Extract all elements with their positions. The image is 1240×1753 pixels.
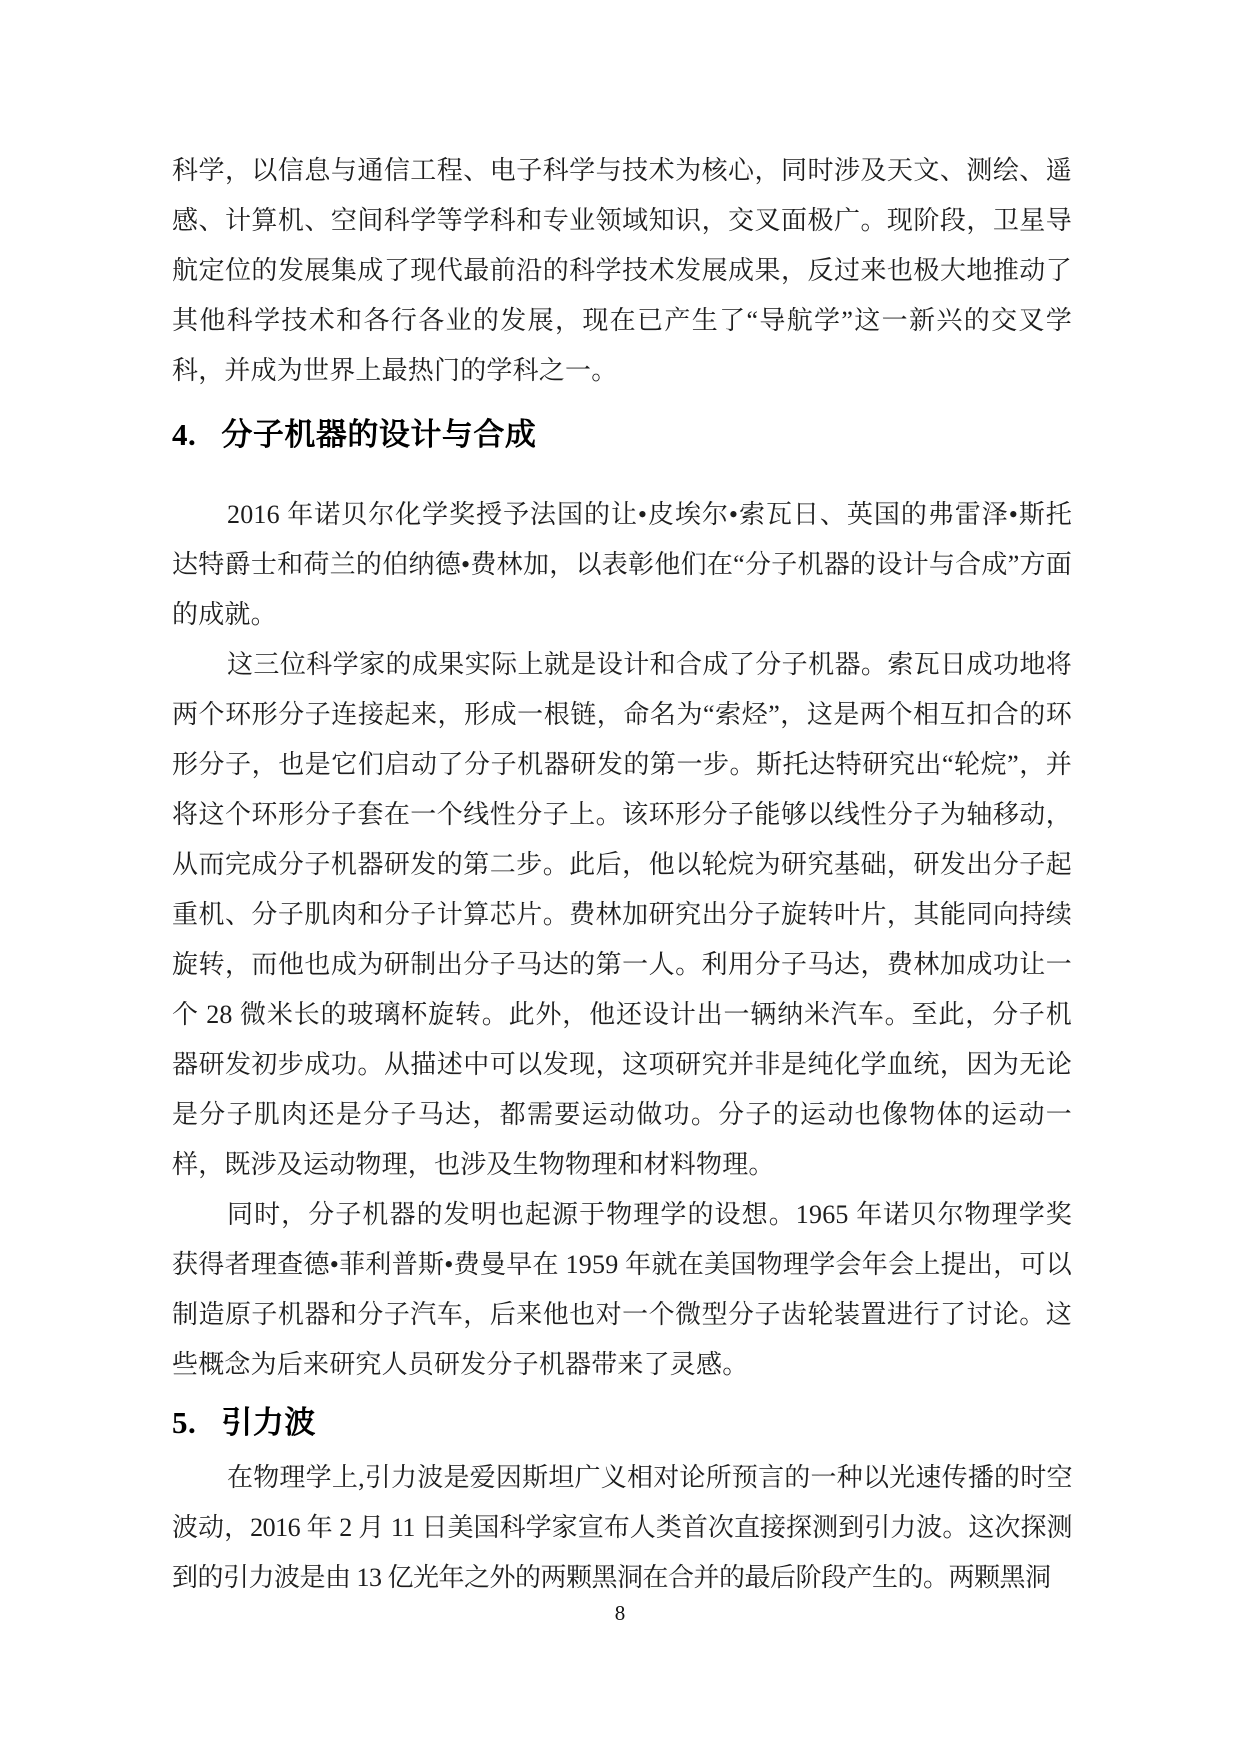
page-content: 科学，以信息与通信工程、电子科学与技术为核心，同时涉及天文、测绘、遥感、计算机、… xyxy=(172,146,1072,1603)
section-4-title: 分子机器的设计与合成 xyxy=(221,417,536,452)
section-5-paragraph-1: 在物理学上,引力波是爱因斯坦广义相对论所预言的一种以光速传播的时空波动，2016… xyxy=(172,1453,1072,1603)
page-number: 8 xyxy=(615,1601,626,1625)
document-page: 科学，以信息与通信工程、电子科学与技术为核心，同时涉及天文、测绘、遥感、计算机、… xyxy=(0,0,1240,1753)
section-5-title: 引力波 xyxy=(221,1405,316,1440)
section-4-paragraph-1: 2016 年诺贝尔化学奖授予法国的让•皮埃尔•索瓦日、英国的弗雷泽•斯托达特爵士… xyxy=(172,490,1072,640)
section-5-heading: 5. 引力波 xyxy=(172,1398,1072,1448)
section-5-number: 5. xyxy=(172,1405,196,1440)
page-footer: 8 xyxy=(0,1600,1240,1626)
section-4-paragraph-2: 这三位科学家的成果实际上就是设计和合成了分子机器。索瓦日成功地将两个环形分子连接… xyxy=(172,640,1072,1190)
section-4-heading: 4. 分子机器的设计与合成 xyxy=(172,410,1072,460)
section-4-number: 4. xyxy=(172,417,196,452)
section-4-paragraph-3: 同时，分子机器的发明也起源于物理学的设想。1965 年诺贝尔物理学奖获得者理查德… xyxy=(172,1190,1072,1390)
intro-paragraph: 科学，以信息与通信工程、电子科学与技术为核心，同时涉及天文、测绘、遥感、计算机、… xyxy=(172,146,1072,396)
